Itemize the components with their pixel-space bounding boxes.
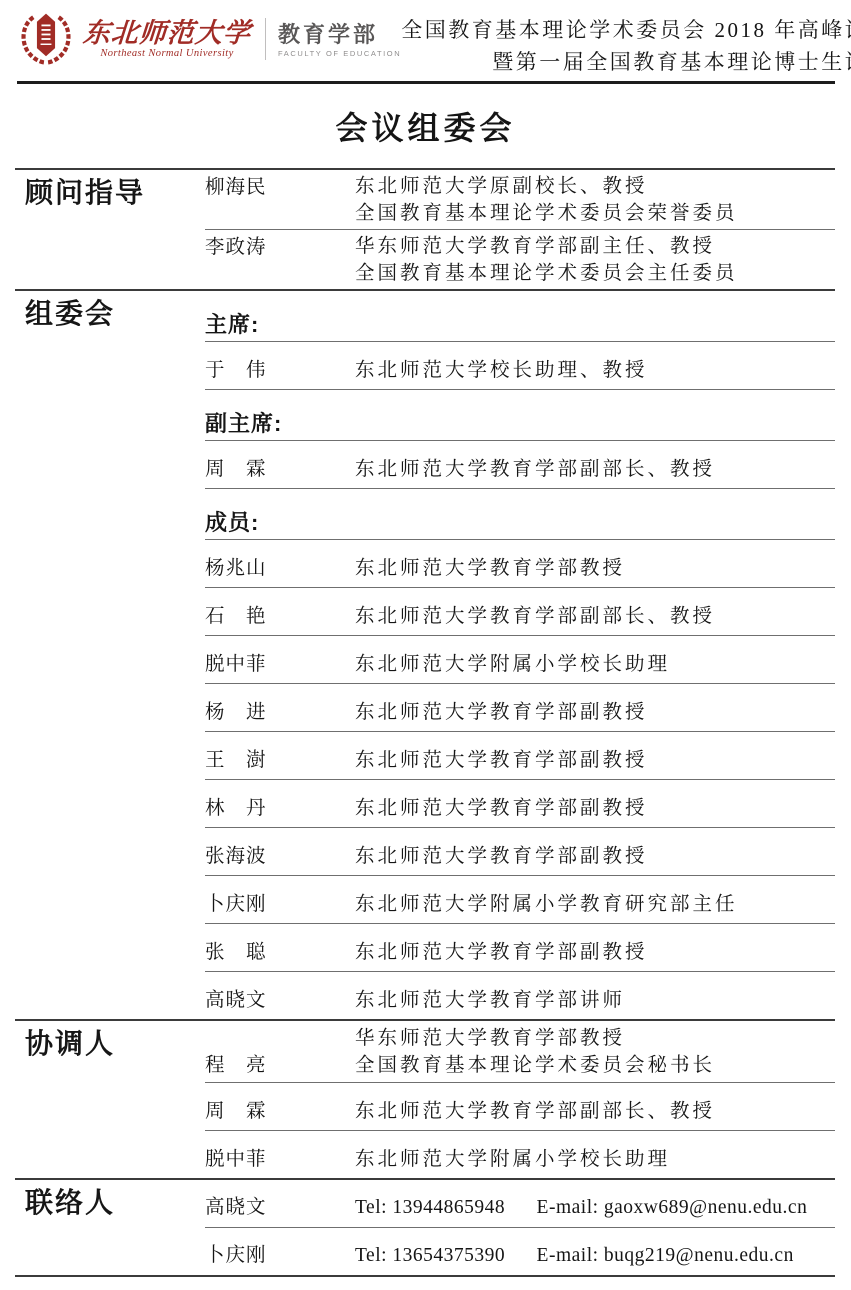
member-desc: 东北师范大学教育学部副部长、教授 [355,457,835,483]
brand-divider [265,18,266,60]
section-contacts: 联络人 高晓文 Tel: 13944865948 E-mail: gaoxw68… [15,1178,835,1275]
table-row: 脱中菲 东北师范大学附属小学校长助理 [205,1131,835,1178]
committee-table: 顾问指导 柳海民 东北师范大学原副校长、教授 全国教育基本理论学术委员会荣誉委员… [15,168,835,1277]
university-seal-icon [17,10,75,68]
member-name: 脱中菲 [205,652,355,678]
university-name-cn: 东北师范大学 [82,18,252,48]
subheading-row: 主席: [205,291,835,342]
table-row: 林 丹 东北师范大学教育学部副教授 [205,780,835,828]
member-name: 脱中菲 [205,1147,355,1173]
table-row: 周 霖 东北师范大学教育学部副部长、教授 [205,441,835,489]
member-name: 卜庆刚 [205,892,355,918]
table-row: 石 艳 东北师范大学教育学部副部长、教授 [205,588,835,636]
table-row: 于 伟 东北师范大学校长助理、教授 [205,342,835,390]
header-rule [17,81,835,84]
contact-tel: Tel: 13944865948 [355,1197,505,1218]
section-content: 主席: 于 伟 东北师范大学校长助理、教授 副主席: 周 霖 东北师范大学教育学… [205,291,835,1019]
contact-email: E-mail: gaoxw689@nenu.edu.cn [537,1197,808,1218]
member-desc: 东北师范大学教育学部副教授 [355,940,835,966]
member-name: 李政涛 [205,233,355,287]
contact-tel: Tel: 13654375390 [355,1245,505,1266]
member-name: 张海波 [205,844,355,870]
section-label: 组委会 [15,291,205,1019]
faculty-block: 教育学部 FACULTY OF EDUCATION [278,18,401,60]
member-desc: 东北师范大学附属小学校长助理 [355,652,835,678]
member-desc-line1: 华东师范大学教育学部副主任、教授 [355,233,835,260]
section-label: 联络人 [15,1180,205,1275]
member-desc: 东北师范大学教育学部副教授 [355,844,835,870]
section-coordinators: 协调人 程 亮 华东师范大学教育学部教授 全国教育基本理论学术委员会秘书长 周 … [15,1019,835,1178]
section-content: 程 亮 华东师范大学教育学部教授 全国教育基本理论学术委员会秘书长 周 霖 东北… [205,1021,835,1178]
member-name: 柳海民 [205,173,355,227]
member-desc: 东北师范大学教育学部副部长、教授 [355,604,835,630]
table-row: 柳海民 东北师范大学原副校长、教授 全国教育基本理论学术委员会荣誉委员 [205,170,835,230]
contact-info: Tel: 13654375390 E-mail: buqg219@nenu.ed… [355,1243,835,1269]
table-row: 李政涛 华东师范大学教育学部副主任、教授 全国教育基本理论学术委员会主任委员 [205,230,835,289]
member-desc: 东北师范大学教育学部教授 [355,556,835,582]
section-advisors: 顾问指导 柳海民 东北师范大学原副校长、教授 全国教育基本理论学术委员会荣誉委员… [15,168,835,289]
member-name: 王 澍 [205,748,355,774]
faculty-name-en: FACULTY OF EDUCATION [278,48,401,60]
member-name: 杨 进 [205,700,355,726]
member-name: 于 伟 [205,358,355,384]
member-desc-line2: 全国教育基本理论学术委员会荣誉委员 [355,200,835,227]
table-row: 杨 进 东北师范大学教育学部副教授 [205,684,835,732]
member-desc: 华东师范大学教育学部副主任、教授 全国教育基本理论学术委员会主任委员 [355,233,835,287]
document-page: 东北师范大学 Northeast Normal University 教育学部 … [0,0,851,1290]
event-title-line2: 暨第一届全国教育基本理论博士生论坛 [401,46,851,78]
page-header: 东北师范大学 Northeast Normal University 教育学部 … [0,0,851,78]
table-row: 卜庆刚 东北师范大学附属小学教育研究部主任 [205,876,835,924]
table-row: 张 聪 东北师范大学教育学部副教授 [205,924,835,972]
subheading-row: 副主席: [205,390,835,441]
table-row: 脱中菲 东北师范大学附属小学校长助理 [205,636,835,684]
member-desc: 东北师范大学附属小学教育研究部主任 [355,892,835,918]
member-name: 周 霖 [205,457,355,483]
member-desc: 东北师范大学教育学部副教授 [355,796,835,822]
contact-info: Tel: 13944865948 E-mail: gaoxw689@nenu.e… [355,1195,835,1221]
table-row: 杨兆山 东北师范大学教育学部教授 [205,540,835,588]
section-content: 柳海民 东北师范大学原副校长、教授 全国教育基本理论学术委员会荣誉委员 李政涛 … [205,170,835,289]
section-label: 顾问指导 [15,170,205,289]
member-desc-line1: 华东师范大学教育学部教授 [355,1025,835,1052]
member-desc-line2: 全国教育基本理论学术委员会主任委员 [355,260,835,287]
contact-name: 卜庆刚 [205,1243,355,1269]
contact-email: E-mail: buqg219@nenu.edu.cn [537,1245,794,1266]
member-desc: 东北师范大学原副校长、教授 全国教育基本理论学术委员会荣誉委员 [355,173,835,227]
table-row: 周 霖 东北师范大学教育学部副部长、教授 [205,1083,835,1131]
contact-name: 高晓文 [205,1195,355,1221]
table-row: 王 澍 东北师范大学教育学部副教授 [205,732,835,780]
faculty-name-cn: 教育学部 [278,22,401,48]
member-name: 张 聪 [205,940,355,966]
member-desc: 华东师范大学教育学部教授 全国教育基本理论学术委员会秘书长 [355,1025,835,1079]
member-desc-line1: 东北师范大学原副校长、教授 [355,173,835,200]
event-title: 全国教育基本理论学术委员会 2018 年高峰论坛 暨第一届全国教育基本理论博士生… [401,10,851,78]
member-desc: 东北师范大学校长助理、教授 [355,358,835,384]
member-name: 石 艳 [205,604,355,630]
table-row: 高晓文 东北师范大学教育学部讲师 [205,972,835,1019]
university-brand: 东北师范大学 Northeast Normal University 教育学部 … [17,10,401,68]
member-name: 程 亮 [205,1025,355,1079]
page-title: 会议组委会 [0,108,851,148]
event-title-line1: 全国教育基本理论学术委员会 2018 年高峰论坛 [401,14,851,46]
member-desc-line2: 全国教育基本理论学术委员会秘书长 [355,1052,835,1079]
table-row: 张海波 东北师范大学教育学部副教授 [205,828,835,876]
section-content: 高晓文 Tel: 13944865948 E-mail: gaoxw689@ne… [205,1180,835,1275]
table-row: 卜庆刚 Tel: 13654375390 E-mail: buqg219@nen… [205,1228,835,1275]
member-name: 林 丹 [205,796,355,822]
member-name: 周 霖 [205,1099,355,1125]
subheading-members: 成员: [205,510,259,536]
section-label: 协调人 [15,1021,205,1178]
table-row: 高晓文 Tel: 13944865948 E-mail: gaoxw689@ne… [205,1180,835,1228]
member-desc: 东北师范大学教育学部副教授 [355,700,835,726]
university-name-block: 东北师范大学 Northeast Normal University [83,18,251,60]
member-desc: 东北师范大学附属小学校长助理 [355,1147,835,1173]
university-name-en: Northeast Normal University [100,48,233,60]
subheading-chair: 主席: [205,312,259,338]
subheading-row: 成员: [205,489,835,540]
subheading-vice-chair: 副主席: [205,411,282,437]
table-row: 程 亮 华东师范大学教育学部教授 全国教育基本理论学术委员会秘书长 [205,1021,835,1083]
member-desc: 东北师范大学教育学部副部长、教授 [355,1099,835,1125]
member-name: 高晓文 [205,988,355,1014]
member-name: 杨兆山 [205,556,355,582]
section-committee: 组委会 主席: 于 伟 东北师范大学校长助理、教授 副主席: 周 霖 东北师范大… [15,289,835,1019]
member-desc: 东北师范大学教育学部讲师 [355,988,835,1014]
member-desc: 东北师范大学教育学部副教授 [355,748,835,774]
